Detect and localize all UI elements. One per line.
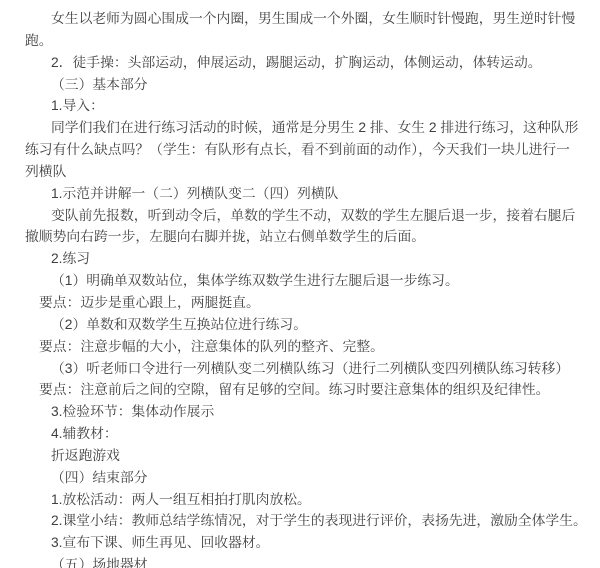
- text-line: 要点：注意前后之间的空隙，留有足够的空间。练习时要注意集体的组织及纪律性。: [25, 379, 580, 401]
- text-line: 跑。: [25, 30, 580, 52]
- text-line: 3.宣布下课、师生再见、回收器材。: [25, 532, 580, 554]
- text-line: （三）基本部分: [25, 74, 580, 96]
- text-line: 同学们我们在进行练习活动的时候，通常是分男生 2 排、女生 2 排进行练习，这种…: [25, 117, 580, 139]
- text-line: （1）明确单双数站位，集体学练双数学生进行左腿后退一步练习。: [25, 270, 580, 292]
- text-line: 变队前先报数，听到动令后，单数的学生不动，双数的学生左腿后退一步，接着右腿后: [25, 205, 580, 227]
- text-line: 2.课堂小结：教师总结学练情况，对于学生的表现进行评价，表扬先进，激励全体学生。: [25, 510, 580, 532]
- text-line: 女生以老师为圆心围成一个内圈，男生围成一个外圈，女生顺时针慢跑，男生逆时针慢: [25, 8, 580, 30]
- text-line: 折返跑游戏: [25, 445, 580, 467]
- text-line: 要点：注意步幅的大小，注意集体的队列的整齐、完整。: [25, 336, 580, 358]
- document-page: 女生以老师为圆心围成一个内圈，男生围成一个外圈，女生顺时针慢跑，男生逆时针慢跑。…: [0, 0, 600, 568]
- text-line: 1.示范并讲解一（二）列横队变二（四）列横队: [25, 183, 580, 205]
- text-line: 4.辅教材：: [25, 423, 580, 445]
- text-line: 1.导入：: [25, 95, 580, 117]
- text-line: 2．徒手操：头部运动，伸展运动，踢腿运动，扩胸运动，体侧运动，体转运动。: [25, 52, 580, 74]
- text-line: 要点：迈步是重心跟上，两腿挺直。: [25, 292, 580, 314]
- text-line: （3）听老师口令进行一列横队变二列横队练习（进行二列横队变四列横队练习转移）: [25, 358, 580, 380]
- text-line: 3.检验环节：集体动作展示: [25, 401, 580, 423]
- text-line: 撤顺势向右跨一步，左腿向右脚并拢，站立右侧单数学生的后面。: [25, 226, 580, 248]
- text-line: （五）场地器材: [25, 554, 580, 568]
- text-line: （四）结束部分: [25, 467, 580, 489]
- text-line: 练习有什么缺点吗？（学生：有队形有点长，看不到前面的动作），今天我们一块儿进行一: [25, 139, 580, 161]
- text-line: 1.放松活动：两人一组互相拍打肌肉放松。: [25, 489, 580, 511]
- text-line: 列横队: [25, 161, 580, 183]
- text-line: （2）单数和双数学生互换站位进行练习。: [25, 314, 580, 336]
- text-line: 2.练习: [25, 248, 580, 270]
